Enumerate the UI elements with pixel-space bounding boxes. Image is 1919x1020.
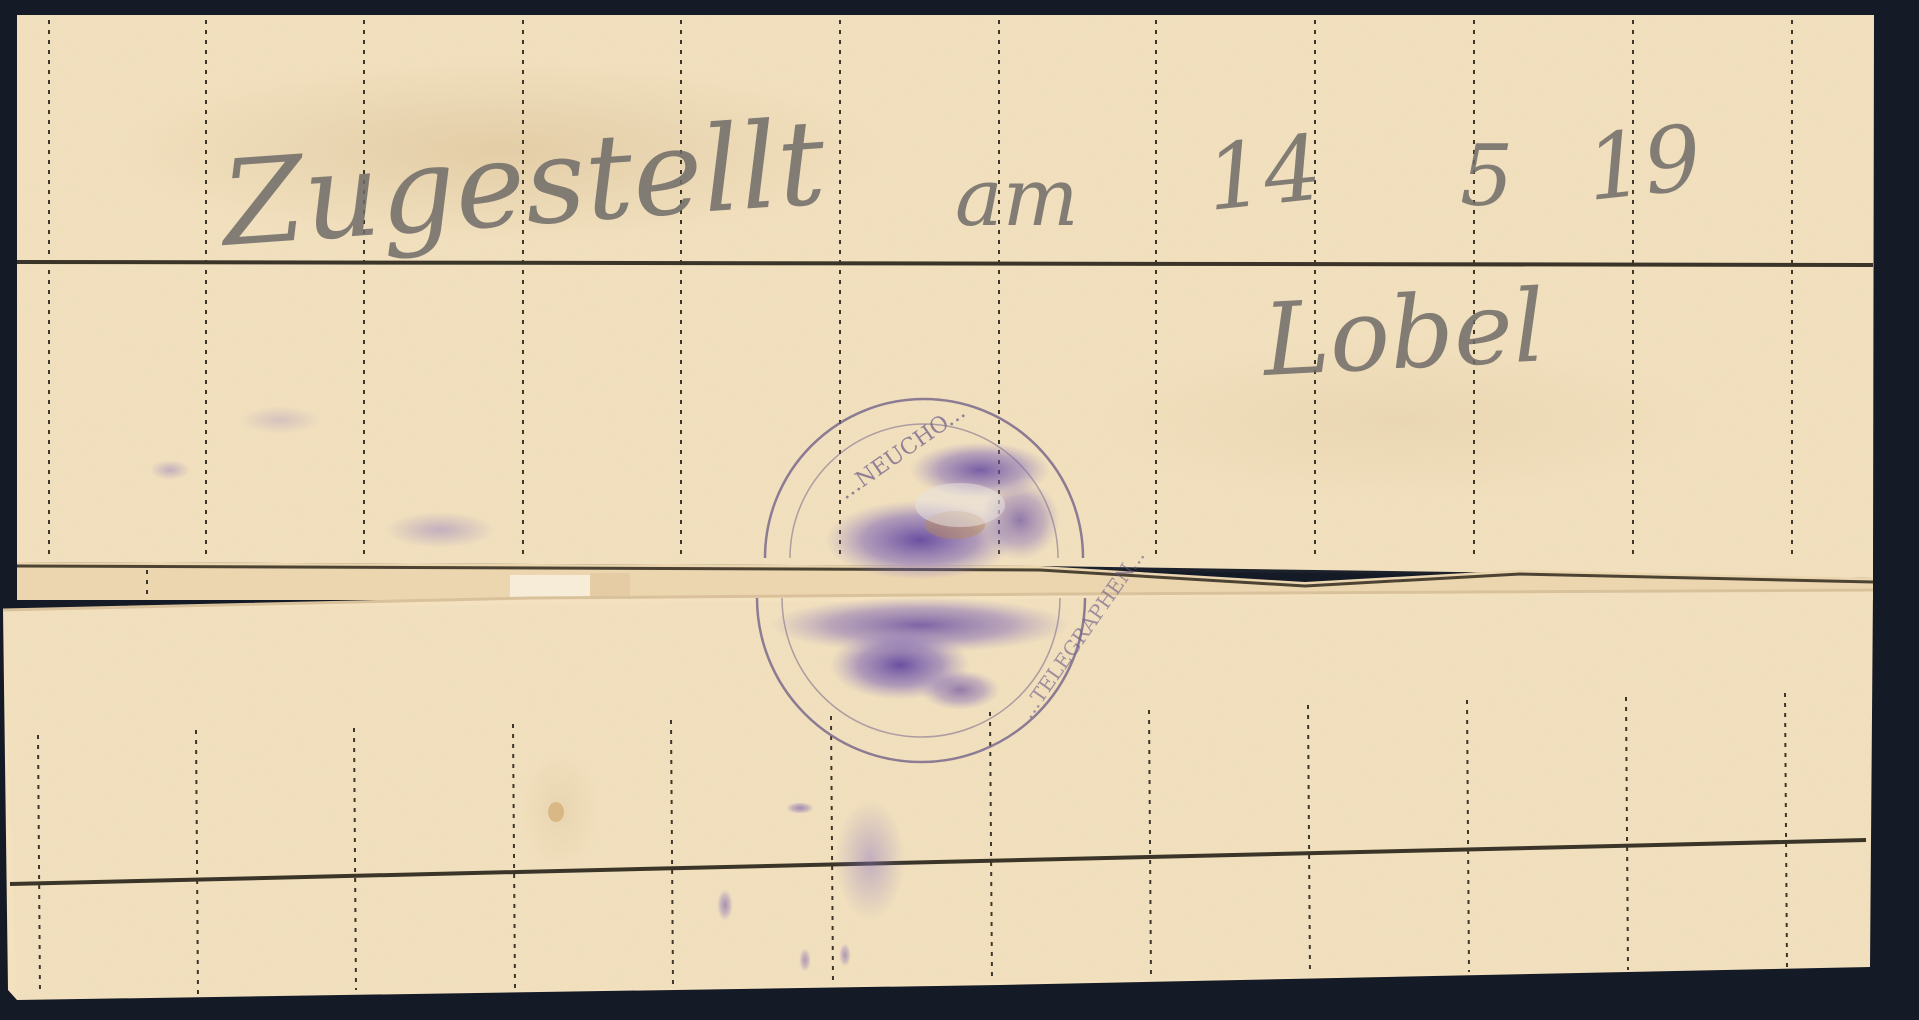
handwriting-signature: Lobel bbox=[1258, 267, 1548, 399]
document-scan: Zugestellt am 14 5 19 Lobel bbox=[0, 0, 1919, 1020]
handwriting-day: 14 bbox=[1201, 115, 1326, 231]
handwriting-year: 19 bbox=[1581, 105, 1706, 221]
handwriting-month: 5 bbox=[1460, 127, 1513, 225]
handwriting-am: am bbox=[955, 151, 1079, 244]
